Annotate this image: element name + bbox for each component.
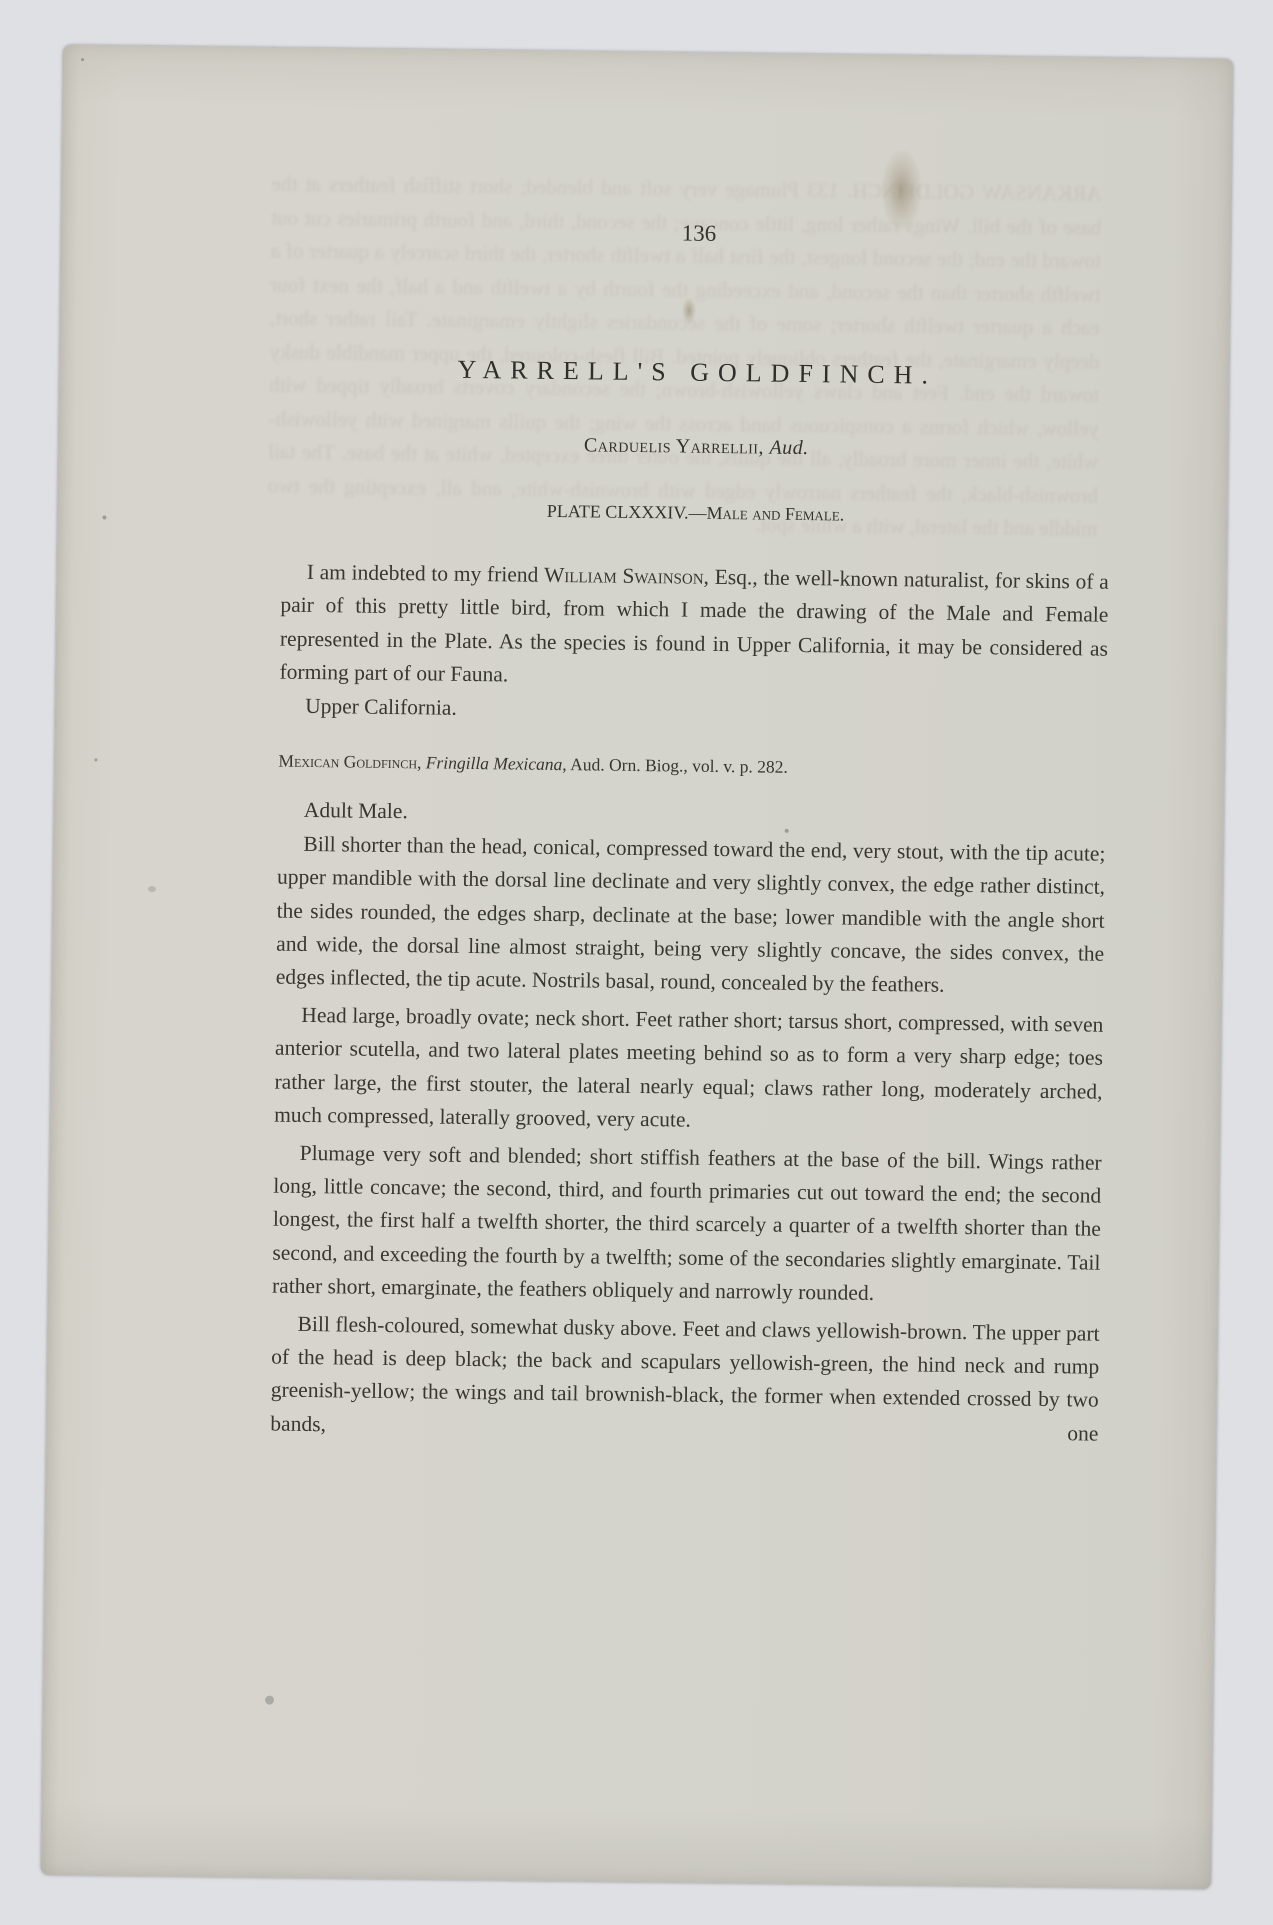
paper-speck: [148, 886, 156, 892]
page-number: 136: [285, 216, 1113, 252]
friend-name: William Swainson: [544, 563, 704, 589]
article-title: YARRELL'S GOLDFINCH.: [283, 353, 1111, 393]
description-paragraph: Head large, broadly ovate; neck short. F…: [274, 998, 1104, 1142]
paper-speck: [102, 515, 106, 519]
description-paragraph: Plumage very soft and blended; short sti…: [272, 1136, 1102, 1313]
paper-stain: [881, 150, 922, 230]
plate-subject: Male and Female.: [706, 503, 844, 525]
synonym-scientific-name: Fringilla Mexicana: [426, 752, 563, 774]
intro-paragraph: I am indebted to my friend William Swain…: [279, 556, 1109, 700]
species-subtitle: Carduelis Yarrellii, Aud.: [282, 431, 1110, 464]
synonym-common-name: Mexican Goldfinch,: [278, 751, 421, 773]
description-paragraph: Bill flesh-coloured, somewhat dusky abov…: [270, 1307, 1100, 1451]
paper-stain: [682, 298, 696, 324]
intro-text: I am indebted to my friend: [307, 560, 545, 587]
paper-speck: [94, 758, 97, 761]
plate-label: PLATE CLXXXIV.—: [547, 501, 707, 523]
page-content: 136 YARRELL'S GOLDFINCH. Carduelis Yarre…: [287, 48, 1115, 58]
synonymy-line: Mexican Goldfinch, Fringilla Mexicana, A…: [278, 745, 1106, 789]
synonym-reference: , Aud. Orn. Biog., vol. v. p. 282.: [562, 754, 788, 777]
paper-speck: [265, 1696, 274, 1705]
plate-caption: PLATE CLXXXIV.—Male and Female.: [281, 498, 1109, 529]
species-name: Carduelis Yarrellii,: [584, 434, 764, 458]
species-authority: Aud.: [769, 437, 808, 459]
paper-speck: [81, 58, 84, 61]
book-page: ARKANSAW GOLDFINCH. 133 Plumage very sof…: [41, 45, 1233, 1889]
body-text: I am indebted to my friend William Swain…: [270, 556, 1109, 1451]
description-paragraph: Bill shorter than the head, conical, com…: [276, 827, 1106, 1004]
